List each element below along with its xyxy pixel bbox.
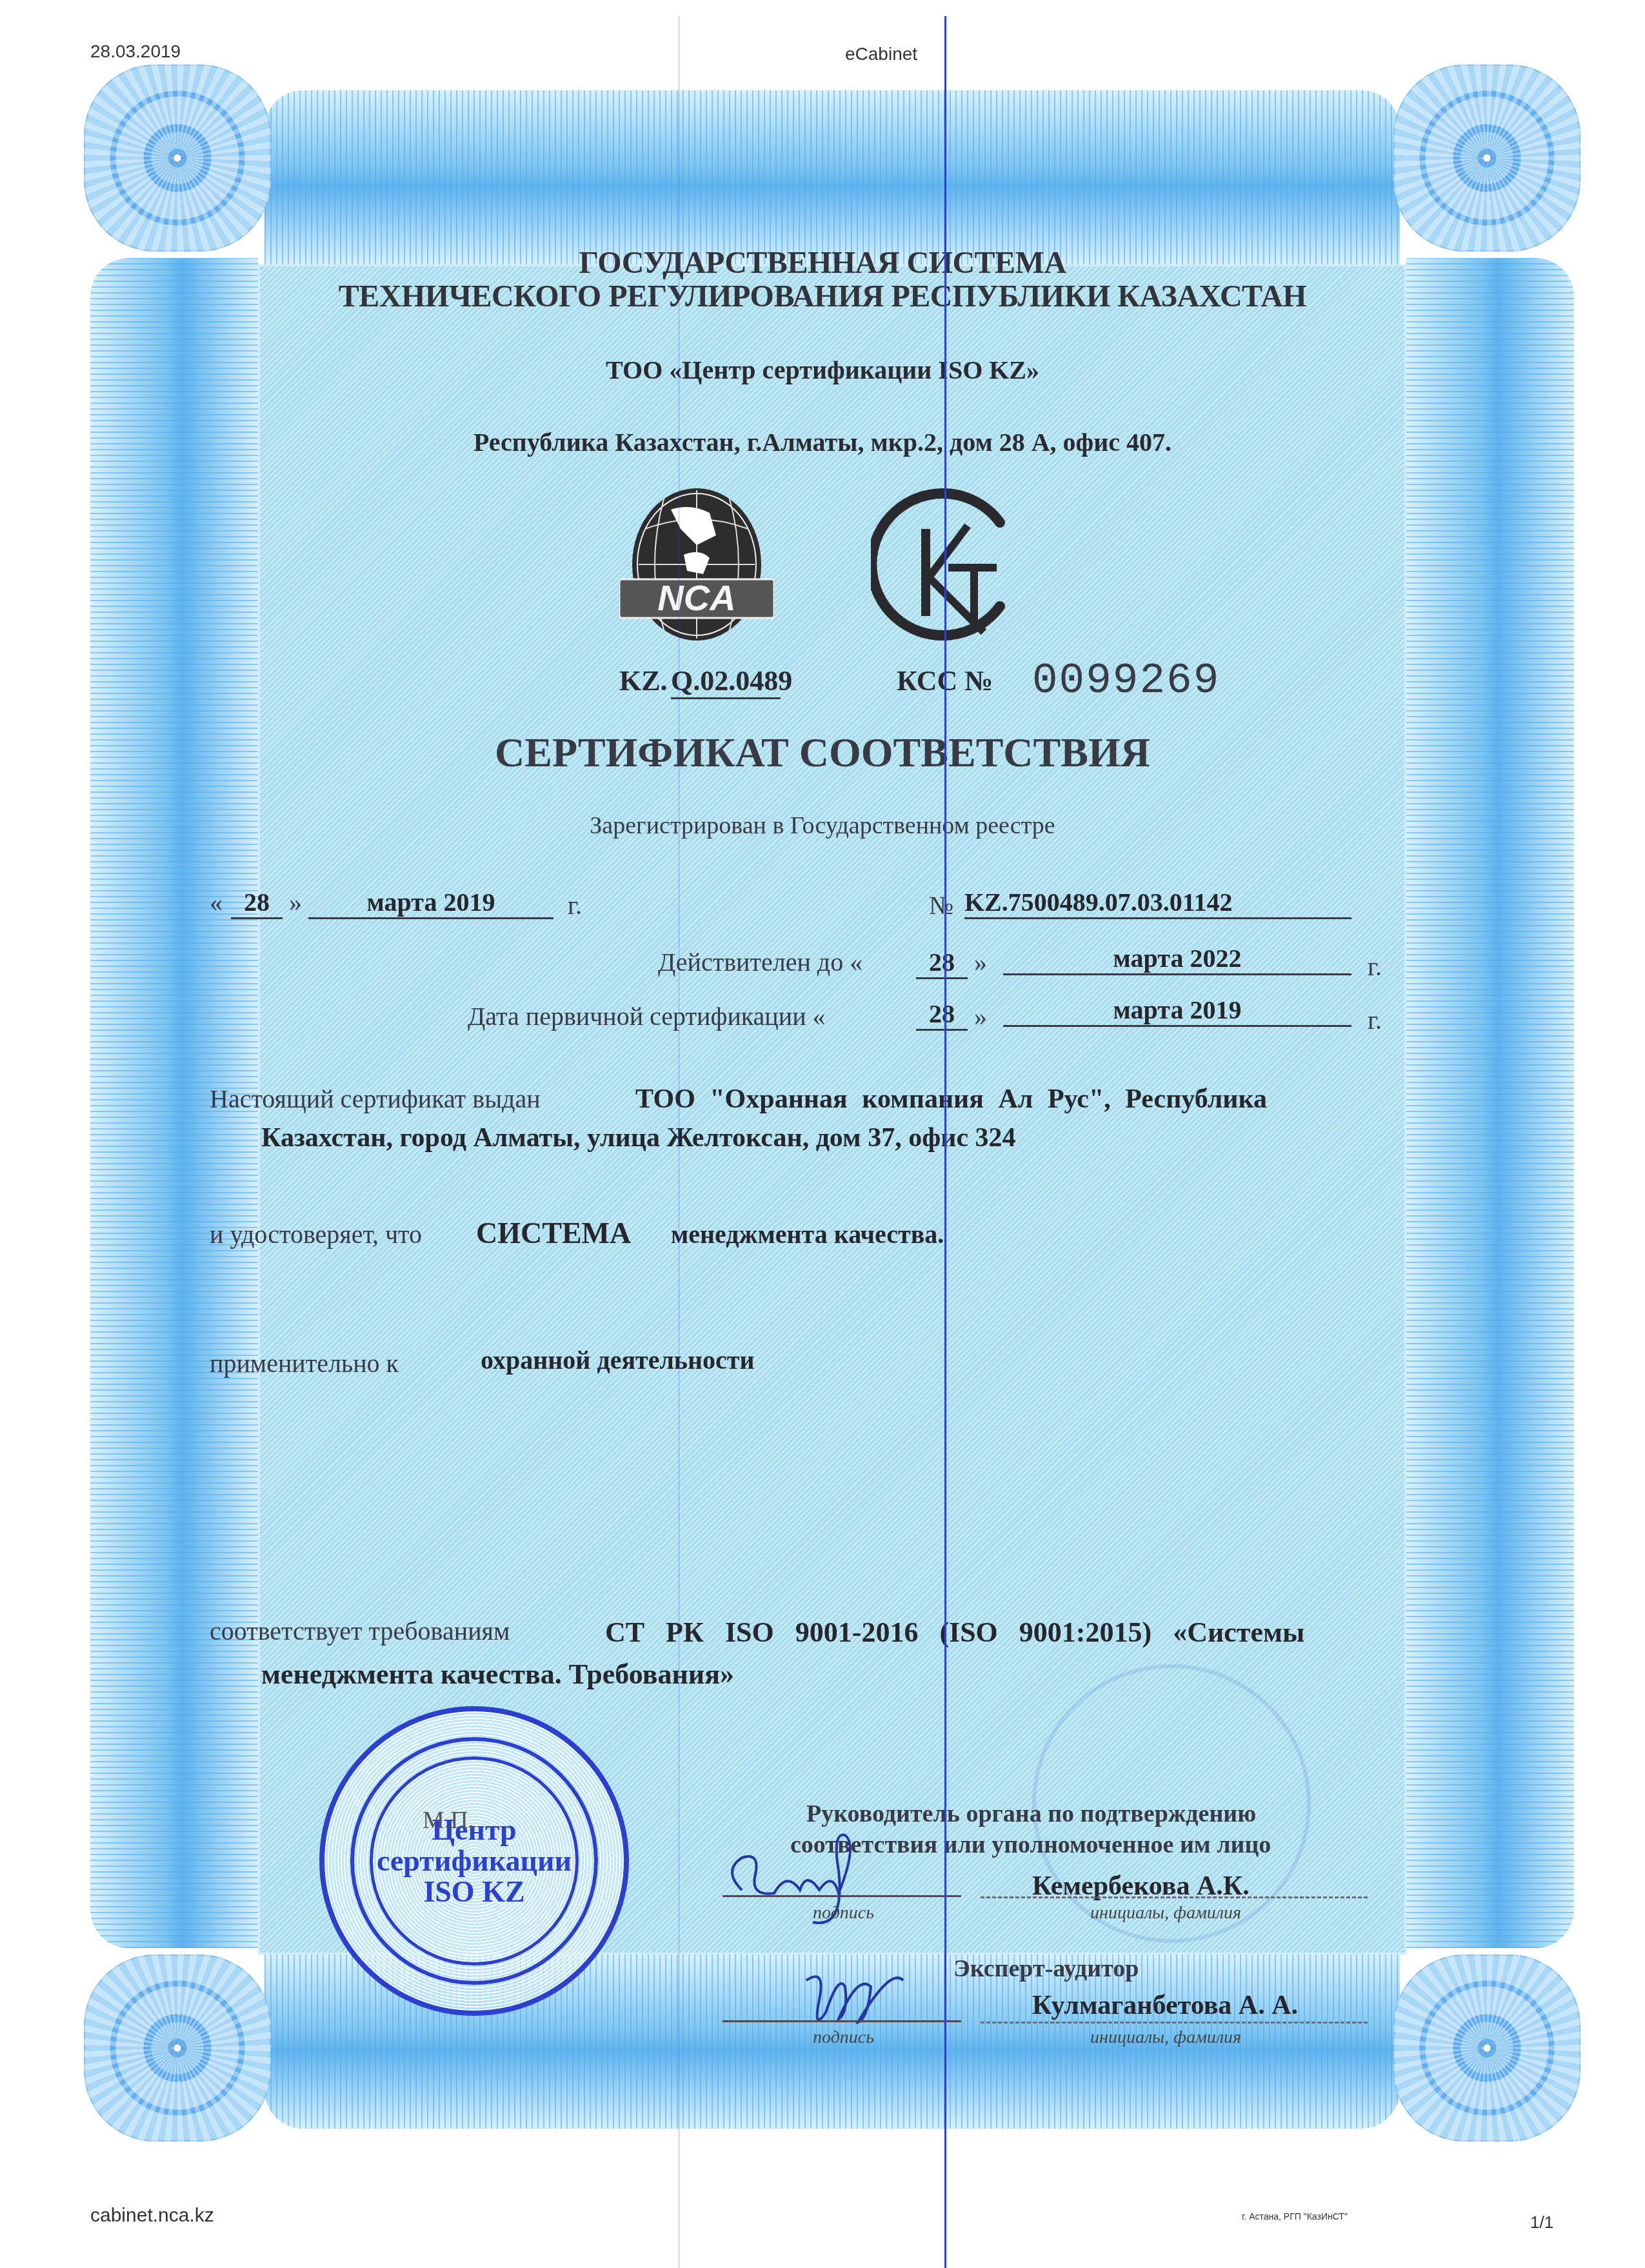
rosette-icon [84, 65, 271, 252]
organization-stamp: Центр сертификации ISO KZ [319, 1706, 629, 2016]
certifies-value: менеджмента качества. [671, 1219, 944, 1249]
issued-to-line-1: ТОО "Охранная компания Ал Рус", Республи… [635, 1084, 1267, 1115]
reg-month-year: марта 2019 [308, 887, 553, 919]
conforms-label: соответствует требованиям [210, 1616, 510, 1646]
header-line-2: ТЕХНИЧЕСКОГО РЕГУЛИРОВАНИЯ РЕСПУБЛИКИ КА… [0, 279, 1645, 314]
certifies-label: и удостоверяет, что [210, 1219, 422, 1249]
printer-imprint: г. Астана, РГП "КазИнСТ" [1242, 2211, 1348, 2222]
applicable-value: охранной деятельности [481, 1345, 755, 1375]
valid-until-day: 28 [916, 947, 968, 979]
auditor-signature-line [723, 2020, 961, 2022]
accreditation-prefix: KZ. [619, 664, 668, 697]
accreditation-number: Q.02.0489 [671, 664, 781, 699]
valid-until-year-suffix: г. [1368, 951, 1382, 982]
valid-until-label: Действителен до « [658, 947, 862, 977]
print-title: eCabinet [845, 44, 917, 65]
auditor-name-caption: инициалы, фамилия [1090, 2027, 1241, 2048]
reg-day: 28 [231, 887, 283, 919]
auditor-title: Эксперт-аудитор [953, 1955, 1139, 1983]
rosette-icon [1393, 1955, 1580, 2142]
globe-nca-logo-icon: NCA [619, 484, 774, 645]
print-site: cabinet.nca.kz [90, 2205, 214, 2227]
first-cert-day: 28 [916, 999, 968, 1031]
reg-number-label: № [929, 890, 953, 920]
kss-number: 0099269 [1032, 657, 1220, 705]
rosette-icon [84, 1955, 271, 2142]
reg-number: KZ.7500489.07.03.01142 [964, 887, 1351, 919]
head-title-line-1: Руководитель органа по подтверждению [806, 1800, 1256, 1828]
auditor-name-line [981, 2022, 1368, 2024]
reg-open-quote: « [210, 887, 223, 917]
valid-until-close-quote: » [974, 947, 987, 977]
certifies-system: СИСТЕМА [476, 1216, 631, 1250]
auditor-signature-caption: подпись [813, 2027, 874, 2048]
registered-label: Зарегистрирован в Государственном реестр… [0, 811, 1645, 840]
applicable-label: применительно к [210, 1348, 399, 1378]
first-cert-close-quote: » [974, 1001, 987, 1031]
kst-conformity-mark-icon [871, 487, 1026, 642]
border-band-right [1406, 258, 1574, 1948]
reg-year-suffix: г. [568, 890, 582, 920]
stamp-place-label: М.П. [423, 1806, 474, 1835]
organization-address: Республика Казахстан, г.Алматы, мкр.2, д… [0, 427, 1645, 457]
conforms-line-1: СТ РК ISO 9001-2016 (ISO 9001:2015) «Сис… [605, 1616, 1304, 1649]
head-name-caption: инициалы, фамилия [1090, 1903, 1241, 1924]
head-signature-line [723, 1895, 961, 1897]
scan-artifact-line [679, 16, 679, 2268]
issued-to-label: Настоящий сертификат выдан [210, 1084, 541, 1114]
head-name-line [981, 1896, 1368, 1898]
border-band-top [264, 90, 1400, 264]
valid-until-month-year: марта 2022 [1003, 943, 1351, 975]
first-cert-label: Дата первичной сертификации « [468, 1001, 826, 1031]
rosette-icon [1393, 65, 1580, 252]
first-cert-year-suffix: г. [1368, 1005, 1382, 1035]
first-cert-month-year: марта 2019 [1003, 995, 1351, 1027]
reg-close-quote: » [289, 887, 302, 917]
conforms-line-2: менеджмента качества. Требования» [261, 1658, 734, 1691]
stamp-line-2: сертификации [377, 1845, 572, 1876]
svg-text:NCA: NCA [657, 577, 735, 618]
organization-name: ТОО «Центр сертификации ISO KZ» [0, 355, 1645, 385]
certificate-title: СЕРТИФИКАТ СООТВЕТСТВИЯ [0, 729, 1645, 777]
stamp-line-3: ISO KZ [377, 1876, 572, 1907]
issued-to-line-2: Казахстан, город Алматы, улица Желтоксан… [261, 1122, 1016, 1153]
print-date: 28.03.2019 [90, 41, 181, 62]
auditor-name: Кулмаганбетова А. А. [1032, 1990, 1298, 2021]
scan-artifact-line [944, 16, 946, 2268]
header-line-1: ГОСУДАРСТВЕННАЯ СИСТЕМА [0, 245, 1645, 281]
head-signature-caption: подпись [813, 1903, 874, 1924]
auditor-signature [793, 1961, 922, 2038]
page-number: 1/1 [1530, 2213, 1553, 2233]
